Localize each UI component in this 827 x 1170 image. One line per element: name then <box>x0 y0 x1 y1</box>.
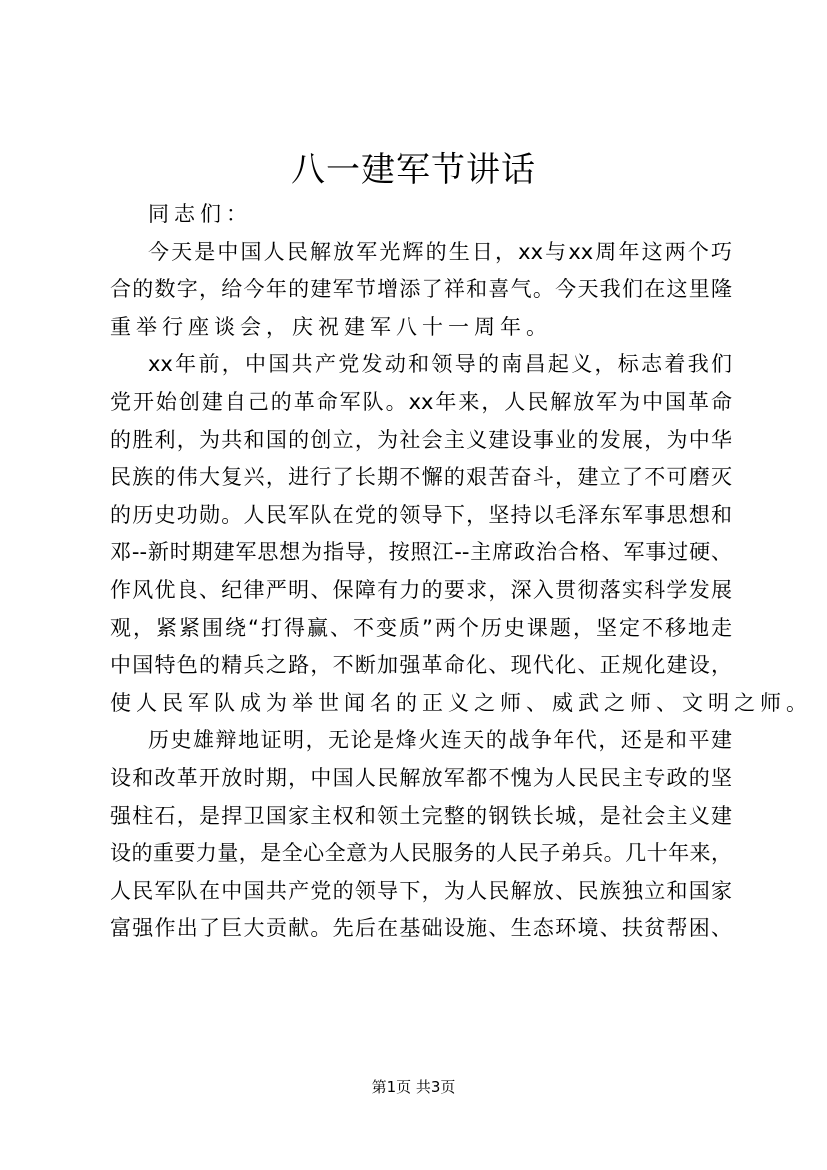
text-line: xx年前，中国共产党发动和领导的南昌起义，标志着我们 <box>110 346 732 384</box>
salutation: 同志们： <box>110 196 732 234</box>
text-line: 观，紧紧围绕“打得赢、不变质”两个历史课题，坚定不移地走 <box>110 610 732 648</box>
text-line: 邓--新时期建军思想为指导，按照江--主席政治合格、军事过硬、 <box>110 534 732 572</box>
paragraph-lines: 今天是中国人民解放军光辉的生日，xx与xx周年这两个巧合的数字，给今年的建军节增… <box>110 234 732 948</box>
text-line: 的胜利，为共和国的创立，为社会主义建设事业的发展，为中华 <box>110 422 732 460</box>
text-line: 的历史功勋。人民军队在党的领导下，坚持以毛泽东军事思想和 <box>110 497 732 535</box>
text-line: 合的数字，给今年的建军节增添了祥和喜气。今天我们在这里隆 <box>110 271 732 309</box>
text-line: 使人民军队成为举世闻名的正义之师、威武之师、文明之师。 <box>110 685 732 723</box>
page-indicator: 第1页 共3页 <box>0 1076 827 1098</box>
text-line: 作风优良、纪律严明、保障有力的要求，深入贯彻落实科学发展 <box>110 572 732 610</box>
text-line: 强柱石，是捍卫国家主权和领土完整的钢铁长城，是社会主义建 <box>110 798 732 836</box>
document-body: 同志们： 今天是中国人民解放军光辉的生日，xx与xx周年这两个巧合的数字，给今年… <box>110 196 732 948</box>
text-line: 中国特色的精兵之路，不断加强革命化、现代化、正规化建设， <box>110 647 732 685</box>
text-line: 人民军队在中国共产党的领导下，为人民解放、民族独立和国家 <box>110 873 732 911</box>
text-line: 富强作出了巨大贡献。先后在基础设施、生态环境、扶贫帮困、 <box>110 910 732 948</box>
text-line: 党开始创建自己的革命军队。xx年来，人民解放军为中国革命 <box>110 384 732 422</box>
text-line: 设和改革开放时期，中国人民解放军都不愧为人民民主专政的坚 <box>110 760 732 798</box>
text-line: 今天是中国人民解放军光辉的生日，xx与xx周年这两个巧 <box>110 234 732 272</box>
text-line: 历史雄辩地证明，无论是烽火连天的战争年代，还是和平建 <box>110 722 732 760</box>
text-line: 设的重要力量，是全心全意为人民服务的人民子弟兵。几十年来， <box>110 835 732 873</box>
text-line: 重举行座谈会，庆祝建军八十一周年。 <box>110 309 732 347</box>
document-title: 八一建军节讲话 <box>0 148 827 192</box>
document-page: 八一建军节讲话 同志们： 今天是中国人民解放军光辉的生日，xx与xx周年这两个巧… <box>0 0 827 1170</box>
text-line: 民族的伟大复兴，进行了长期不懈的艰苦奋斗，建立了不可磨灭 <box>110 459 732 497</box>
